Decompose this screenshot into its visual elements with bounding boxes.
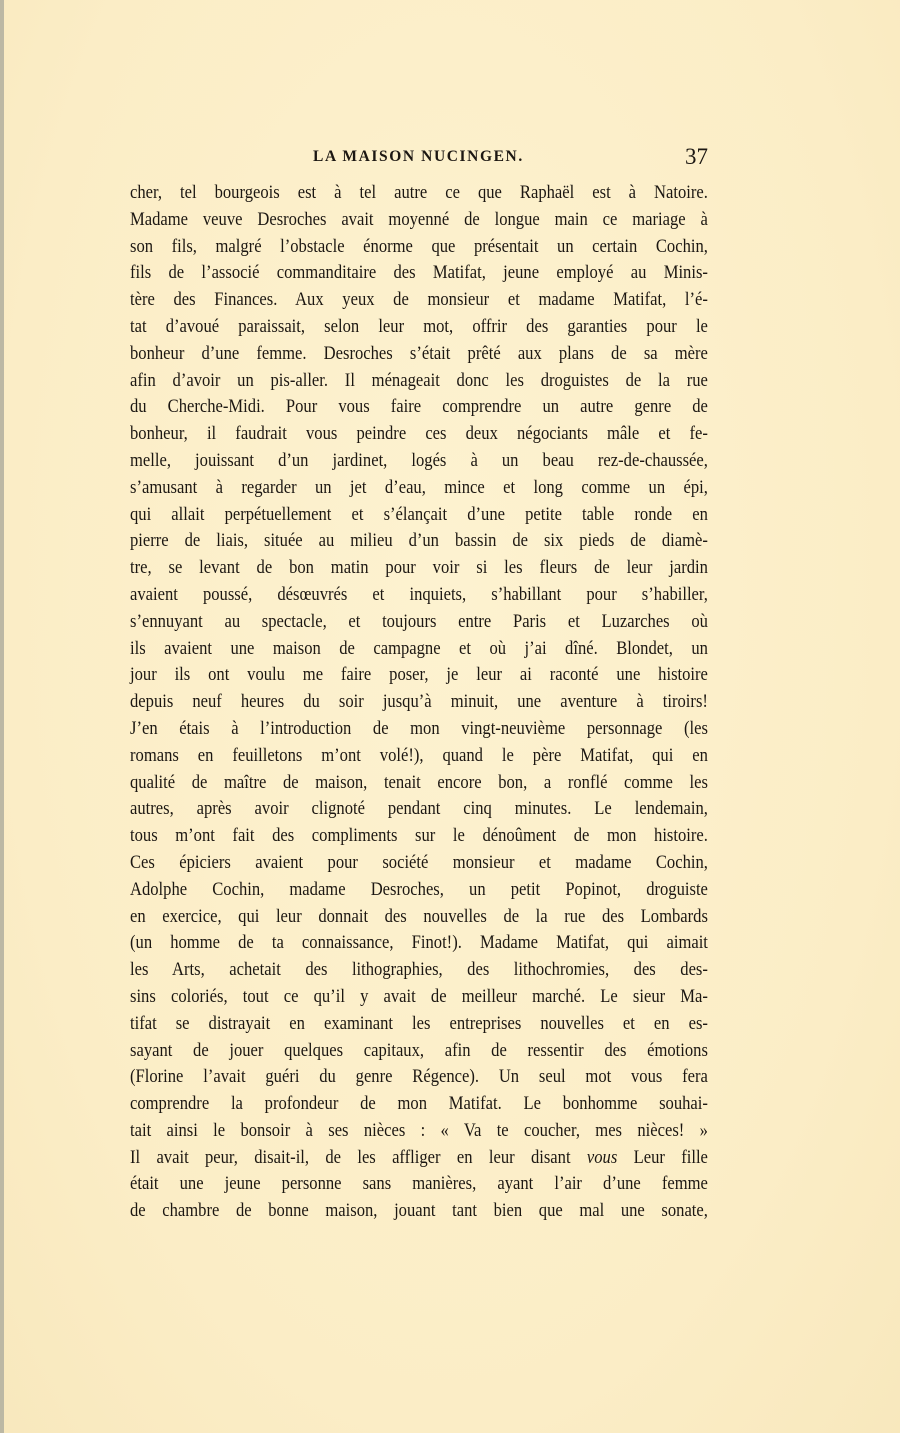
page-number: 37 (685, 144, 708, 170)
text-line: jour ils ont voulu me faire poser, je le… (130, 662, 708, 689)
text-line-with-italic: Il avait peur, disait-il, de les afflige… (130, 1145, 708, 1172)
body-text: cher, tel bourgeois est à tel autre ce q… (130, 180, 627, 1225)
text-line: avaient poussé, désœuvrés et inquiets, s… (130, 582, 708, 609)
text-line: ils avaient une maison de campagne et où… (130, 636, 708, 663)
text-line: pierre de liais, située au milieu d’un b… (130, 528, 708, 555)
text-line: cher, tel bourgeois est à tel autre ce q… (130, 180, 708, 207)
text-line: fils de l’associé commanditaire des Mati… (130, 260, 708, 287)
text-line: melle, jouissant d’un jardinet, logés à … (130, 448, 708, 475)
text-line: romans en feuilletons m’ont volé!), quan… (130, 743, 708, 770)
text-line: Adolphe Cochin, madame Desroches, un pet… (130, 877, 708, 904)
text-line: du Cherche-Midi. Pour vous faire compren… (130, 394, 708, 421)
text-line: depuis neuf heures du soir jusqu’à minui… (130, 689, 708, 716)
text-line: qualité de maître de maison, tenait enco… (130, 770, 708, 797)
text-line: Ces épiciers avaient pour société monsie… (130, 850, 708, 877)
text-line: tifat se distrayait en examinant les ent… (130, 1011, 708, 1038)
text-line: s’amusant à regarder un jet d’eau, mince… (130, 475, 708, 502)
text-line: en exercice, qui leur donnait des nouvel… (130, 904, 708, 931)
text-segment: Leur fille (617, 1147, 708, 1168)
text-line: tère des Finances. Aux yeux de monsieur … (130, 287, 708, 314)
text-line: qui allait perpétuellement et s’élançait… (130, 502, 708, 529)
text-segment: Il avait peur, disait-il, de les afflige… (130, 1147, 571, 1168)
page-header: LA MAISON NUCINGEN. 37 (130, 147, 708, 171)
text-line: tre, se levant de bon matin pour voir si… (130, 555, 708, 582)
text-line: afin d’avoir un pis-aller. Il ménageait … (130, 368, 708, 395)
text-line: (un homme de ta connaissance, Finot!). M… (130, 930, 708, 957)
text-line: autres, après avoir clignoté pendant cin… (130, 796, 708, 823)
book-page: LA MAISON NUCINGEN. 37 cher, tel bourgeo… (0, 0, 900, 1433)
text-line: s’ennuyant au spectacle, et toujours ent… (130, 609, 708, 636)
text-line: son fils, malgré l’obstacle énorme que p… (130, 234, 708, 261)
text-line: tait ainsi le bonsoir à ses nièces : « V… (130, 1118, 708, 1145)
page-edge (0, 0, 4, 1433)
text-line: bonheur, il faudrait vous peindre ces de… (130, 421, 708, 448)
text-line: était une jeune personne sans manières, … (130, 1171, 708, 1198)
text-line: sins coloriés, tout ce qu’il y avait de … (130, 984, 708, 1011)
text-line: les Arts, achetait des lithographies, de… (130, 957, 708, 984)
italic-word: vous (587, 1147, 617, 1168)
text-line: bonheur d’une femme. Desroches s’était p… (130, 341, 708, 368)
text-line: J’en étais à l’introduction de mon vingt… (130, 716, 708, 743)
text-line: Madame veuve Desroches avait moyenné de … (130, 207, 708, 234)
text-line: (Florine l’avait guéri du genre Régence)… (130, 1064, 708, 1091)
text-line: sayant de jouer quelques capitaux, afin … (130, 1038, 708, 1065)
text-line: comprendre la profondeur de mon Matifat.… (130, 1091, 708, 1118)
text-line: tat d’avoué paraissait, selon leur mot, … (130, 314, 708, 341)
text-line: de chambre de bonne maison, jouant tant … (130, 1198, 708, 1225)
running-title: LA MAISON NUCINGEN. (313, 148, 524, 166)
text-line: tous m’ont fait des compliments sur le d… (130, 823, 708, 850)
